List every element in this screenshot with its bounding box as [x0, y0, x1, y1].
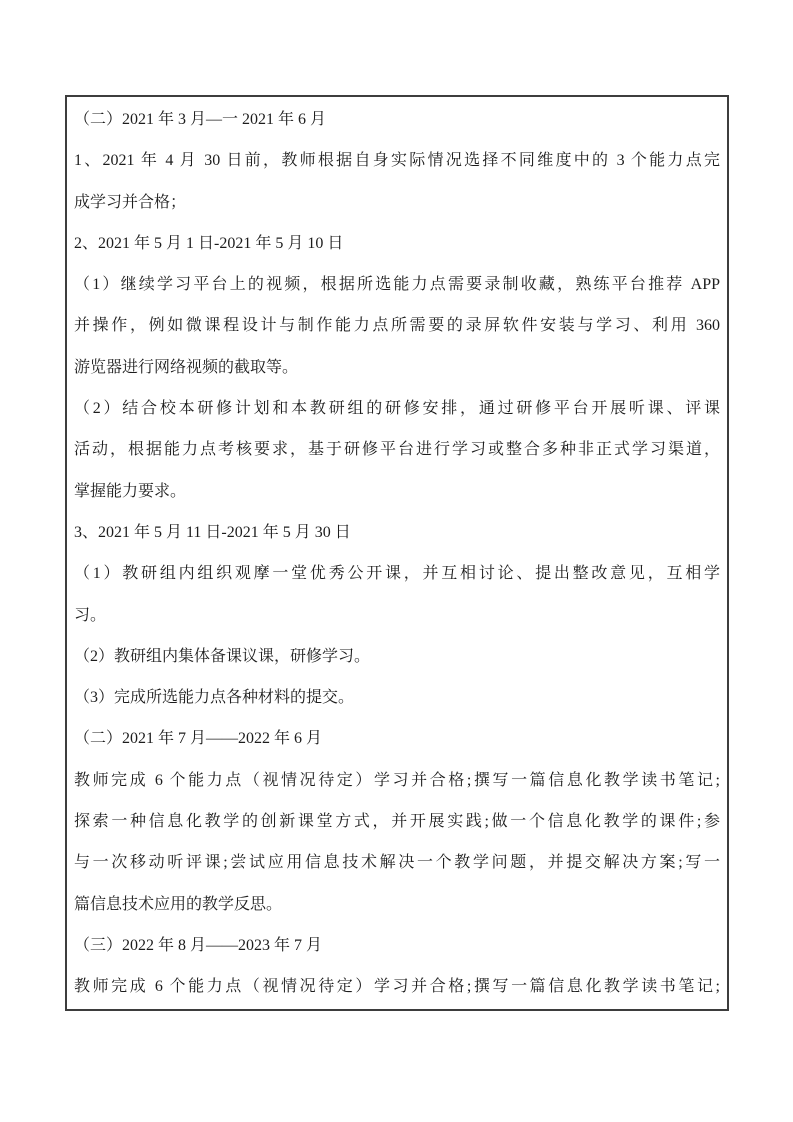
text-line: 教师完成 6 个能力点（视情况待定）学习并合格;撰写一篇信息化教学读书笔记;: [74, 966, 720, 1007]
text-line: （二）2021 年 3 月—一 2021 年 6 月: [74, 99, 720, 140]
text-line: （2）结合校本研修计划和本教研组的研修安排，通过研修平台开展听课、评课: [74, 388, 720, 429]
text-line: 并操作，例如微课程设计与制作能力点所需要的录屏软件安装与学习、利用 360: [74, 305, 720, 346]
text-line: 与一次移动听评课;尝试应用信息技术解决一个教学问题，并提交解决方案;写一: [74, 842, 720, 883]
text-line: 游览器进行网络视频的截取等。: [74, 347, 720, 388]
document-page: （二）2021 年 3 月—一 2021 年 6 月 1、2021 年 4 月 …: [0, 0, 793, 1122]
text-line: 3、2021 年 5 月 11 日-2021 年 5 月 30 日: [74, 512, 720, 553]
text-line: 2、2021 年 5 月 1 日-2021 年 5 月 10 日: [74, 223, 720, 264]
text-line: （2）教研组内集体备课议课，研修学习。: [74, 636, 720, 677]
text-line: （1）继续学习平台上的视频，根据所选能力点需要录制收藏，熟练平台推荐 APP: [74, 264, 720, 305]
text-line: 习。: [74, 595, 720, 636]
table-cell: （二）2021 年 3 月—一 2021 年 6 月 1、2021 年 4 月 …: [65, 95, 729, 1011]
text-line: 教师完成 6 个能力点（视情况待定）学习并合格;撰写一篇信息化教学读书笔记;: [74, 760, 720, 801]
text-line: 1、2021 年 4 月 30 日前，教师根据自身实际情况选择不同维度中的 3 …: [74, 140, 720, 181]
text-line: （3）完成所选能力点各种材料的提交。: [74, 677, 720, 718]
text-line: 成学习并合格；: [74, 182, 720, 223]
text-line: （1）教研组内组织观摩一堂优秀公开课，并互相讨论、提出整改意见，互相学: [74, 553, 720, 594]
text-line: 篇信息技术应用的教学反思。: [74, 884, 720, 925]
text-line: （三）2022 年 8 月——2023 年 7 月: [74, 925, 720, 966]
text-line: （二）2021 年 7 月——2022 年 6 月: [74, 718, 720, 759]
text-line: 活动，根据能力点考核要求，基于研修平台进行学习或整合多种非正式学习渠道，: [74, 429, 720, 470]
text-line: 探索一种信息化教学的创新课堂方式，并开展实践;做一个信息化教学的课件;参: [74, 801, 720, 842]
text-line: 掌握能力要求。: [74, 471, 720, 512]
